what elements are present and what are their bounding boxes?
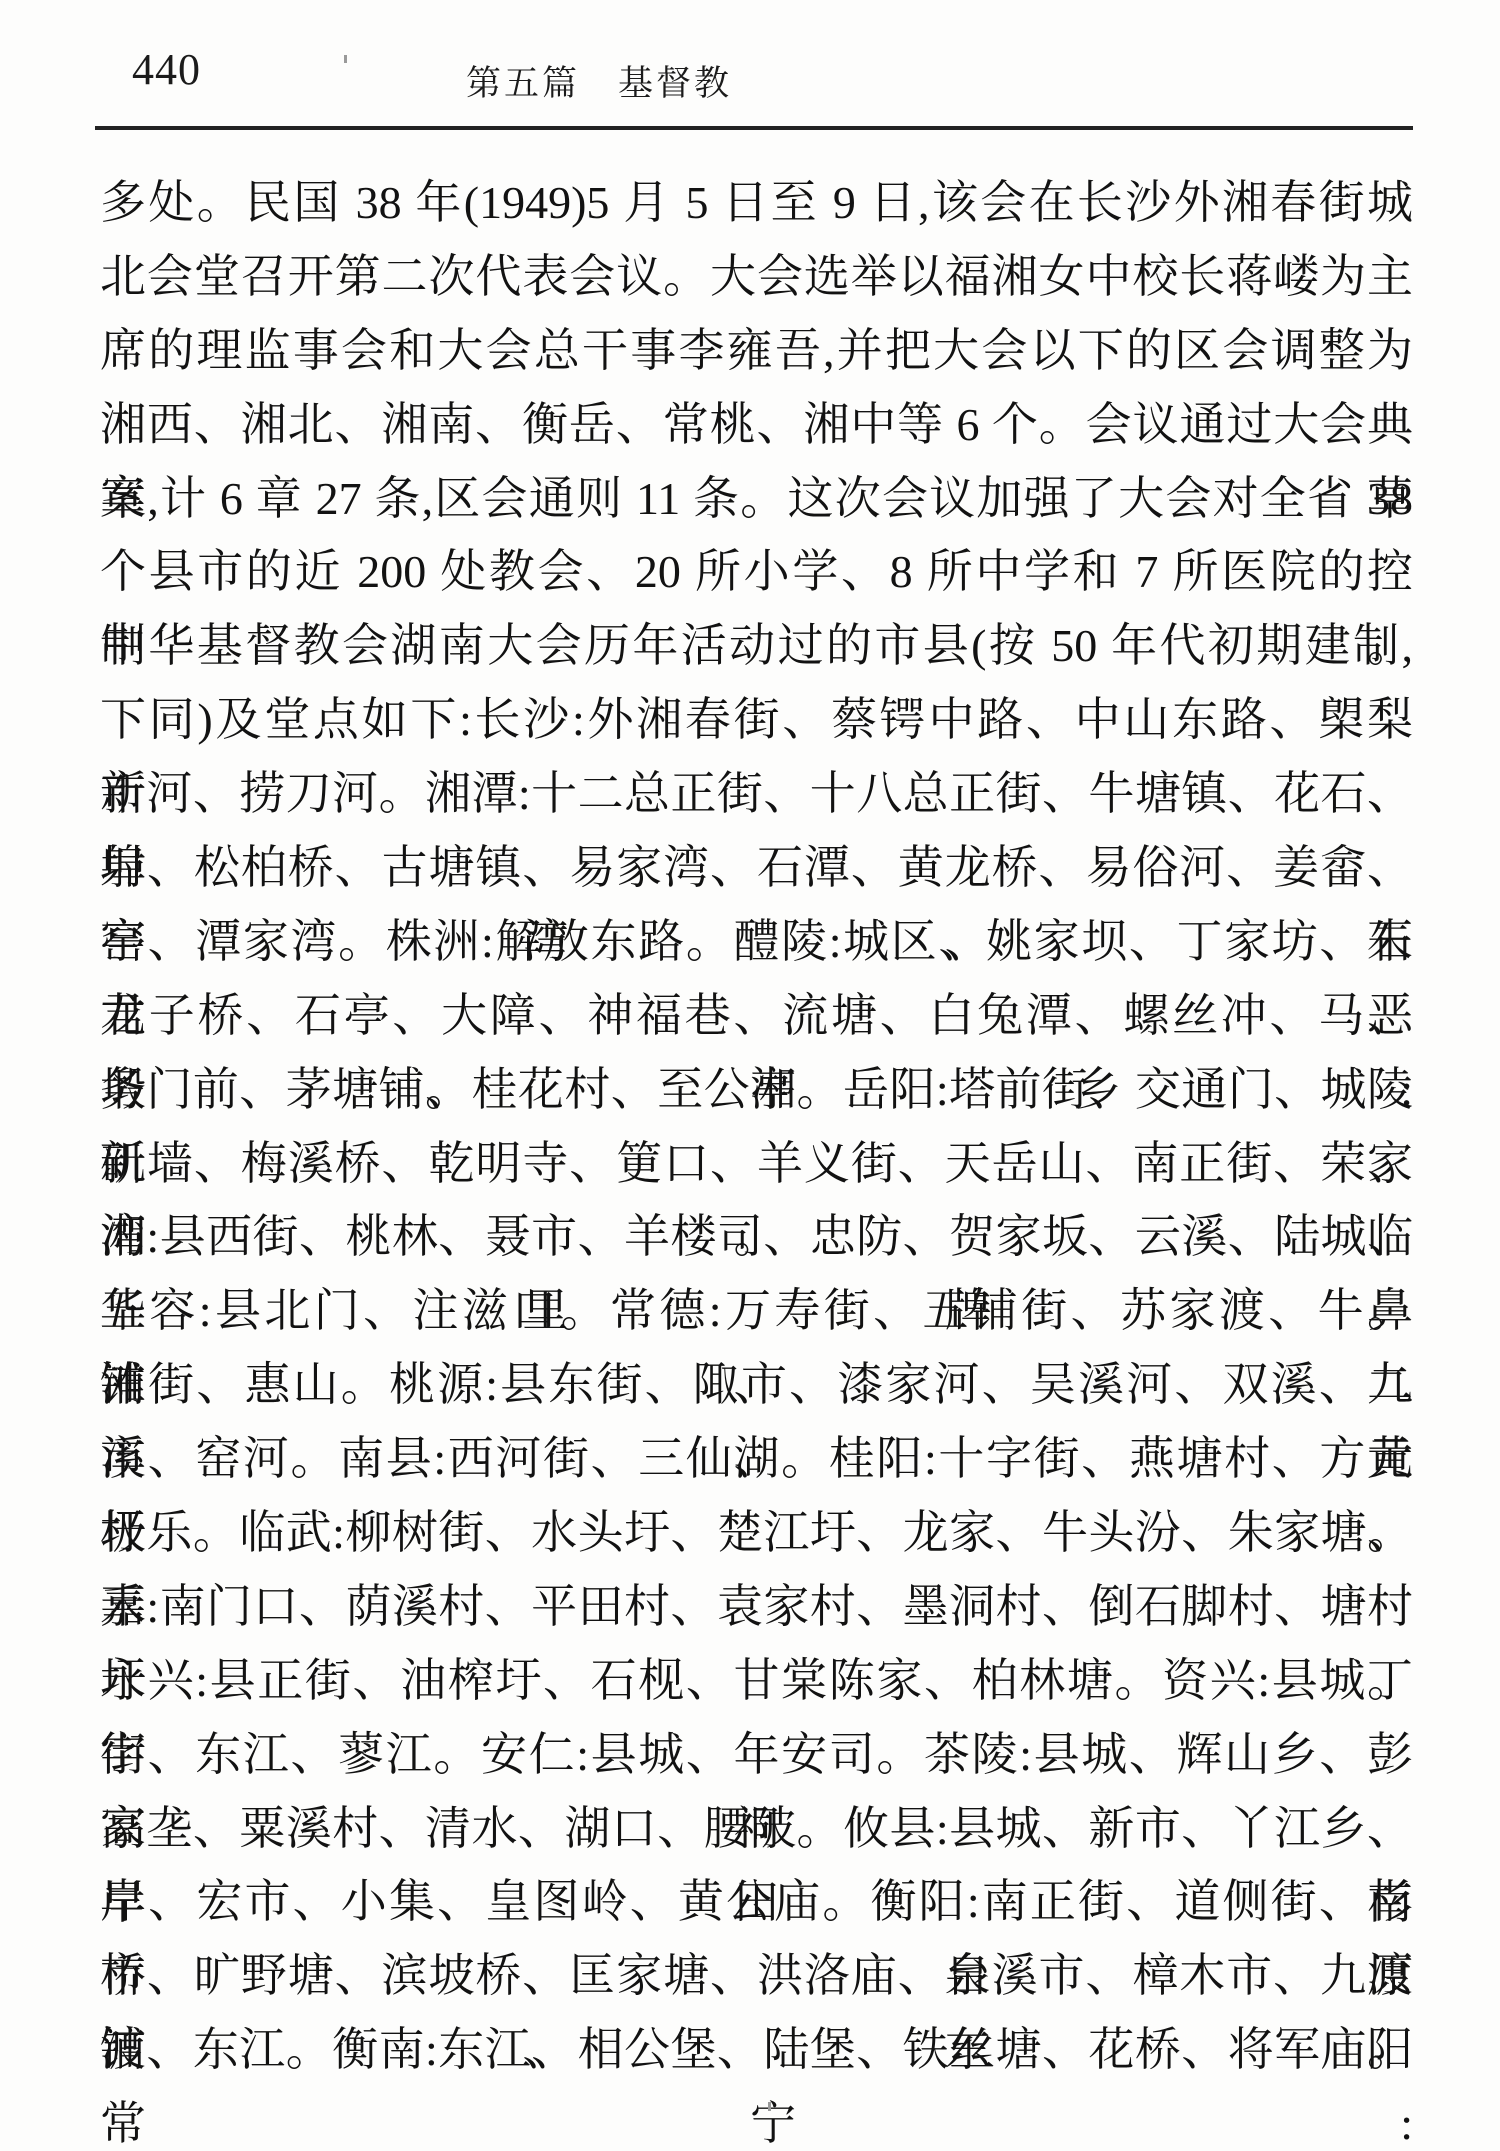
text-line: 湘西、湘北、湘南、衡岳、常桃、湘中等 6 个。会议通过大会典章草	[100, 388, 1413, 462]
text-line: 新墙、梅溪桥、乾明寺、筻口、羊义街、天岳山、南正街、荣家湾。临	[100, 1127, 1413, 1201]
text-line: 极乐。临武:柳树街、水头圩、楚江圩、龙家、牛头汾、朱家塘。嘉	[100, 1496, 1413, 1570]
text-line: 街、东江、蓼江。安仁:县城、年安司。茶陵:县城、辉山乡、彭家祠、	[100, 1718, 1413, 1792]
text-line: 务门前、茅塘铺、桂花村、至公亭。岳阳:塔前街、交通门、城陵矶、	[100, 1053, 1413, 1127]
book-page: 440 第五篇 基督教 多处。民国 38 年(1949)5 月 5 日至 9 日…	[0, 0, 1500, 2151]
text-line: 埠、松柏桥、古塘镇、易家湾、石潭、黄龙桥、易俗河、姜畲、窑湾、朱	[100, 831, 1413, 905]
text-line: 禾:南门口、荫溪村、平田村、袁家村、墨洞村、倒石脚村、塘村圩。	[100, 1570, 1413, 1644]
text-line: 高垄、粟溪村、清水、湖口、腰陂。攸县:县城、新市、丫江乡、早田南	[100, 1792, 1413, 1866]
scan-speck	[768, 2102, 771, 2111]
text-line: 华容:县北门、注滋口。常德:万寿街、五铺街、苏家渡、牛鼻滩、二	[100, 1274, 1413, 1348]
text-line: 岸、宏市、小集、皇图岭、黄公庙。衡阳:南正街、道侧街、杉桥、台原	[100, 1865, 1413, 1939]
text-line: 亭、潭家湾。株洲:解放东路。醴陵:城区、姚家坝、丁家坊、石龙、	[100, 905, 1413, 979]
scan-speck	[344, 55, 347, 63]
page-number: 440	[132, 44, 201, 95]
text-line: 市、旷野塘、滨坡桥、匡家塘、洪洛庙、泉溪市、樟木市、九渡铺、东阳	[100, 1939, 1413, 2013]
text-line: 席的理监事会和大会总干事李雍吾,并把大会以下的区会调整为	[100, 314, 1413, 388]
text-line: 市、窑河。南县:西河街、三仙湖。桂阳:十字街、燕塘村、方元圩、	[100, 1422, 1413, 1496]
text-line: 中华基督教会湖南大会历年活动过的市县(按 50 年代初期建制,	[100, 609, 1413, 683]
running-header-title: 第五篇 基督教	[466, 56, 732, 106]
text-line: 君子桥、石亭、大障、神福巷、流塘、白兔潭、螺丝冲、马恶塅。湘乡:	[100, 979, 1413, 1053]
text-line: 永兴:县正街、油榨圩、石枧、甘棠陈家、柏林塘。资兴:县城丁字	[100, 1644, 1413, 1718]
body-text-block: 多处。民国 38 年(1949)5 月 5 日至 9 日,该会在长沙外湘春街城 …	[100, 166, 1413, 2087]
text-line: 北会堂召开第二次代表会议。大会选举以福湘女中校长蒋嵝为主	[100, 240, 1413, 314]
header-rule	[95, 126, 1413, 130]
text-line: 渡、东江。衡南:东江、相公堡、陆堡、铁丝塘、花桥、将军庙。常宁:	[100, 2013, 1413, 2087]
text-line: 多处。民国 38 年(1949)5 月 5 日至 9 日,该会在长沙外湘春街城	[100, 166, 1413, 240]
text-line: 新河、捞刀河。湘潭:十二总正街、十八总正街、牛塘镇、花石、射	[100, 757, 1413, 831]
text-line: 铺街、惠山。桃源:县东街、陬市、漆家河、吴溪河、双溪、九溪、黄	[100, 1348, 1413, 1422]
text-line: 个县市的近 200 处教会、20 所小学、8 所中学和 7 所医院的控制。	[100, 535, 1413, 609]
text-line: 下同)及堂点如下:长沙:外湘春街、蔡锷中路、中山东路、㮾梨市、	[100, 683, 1413, 757]
text-line: 案,计 6 章 27 条,区会通则 11 条。这次会议加强了大会对全省 38	[100, 462, 1413, 536]
text-line: 湘:县西街、桃林、聂市、羊楼司、忠防、贺家坂、云溪、陆城、五里牌。	[100, 1200, 1413, 1274]
